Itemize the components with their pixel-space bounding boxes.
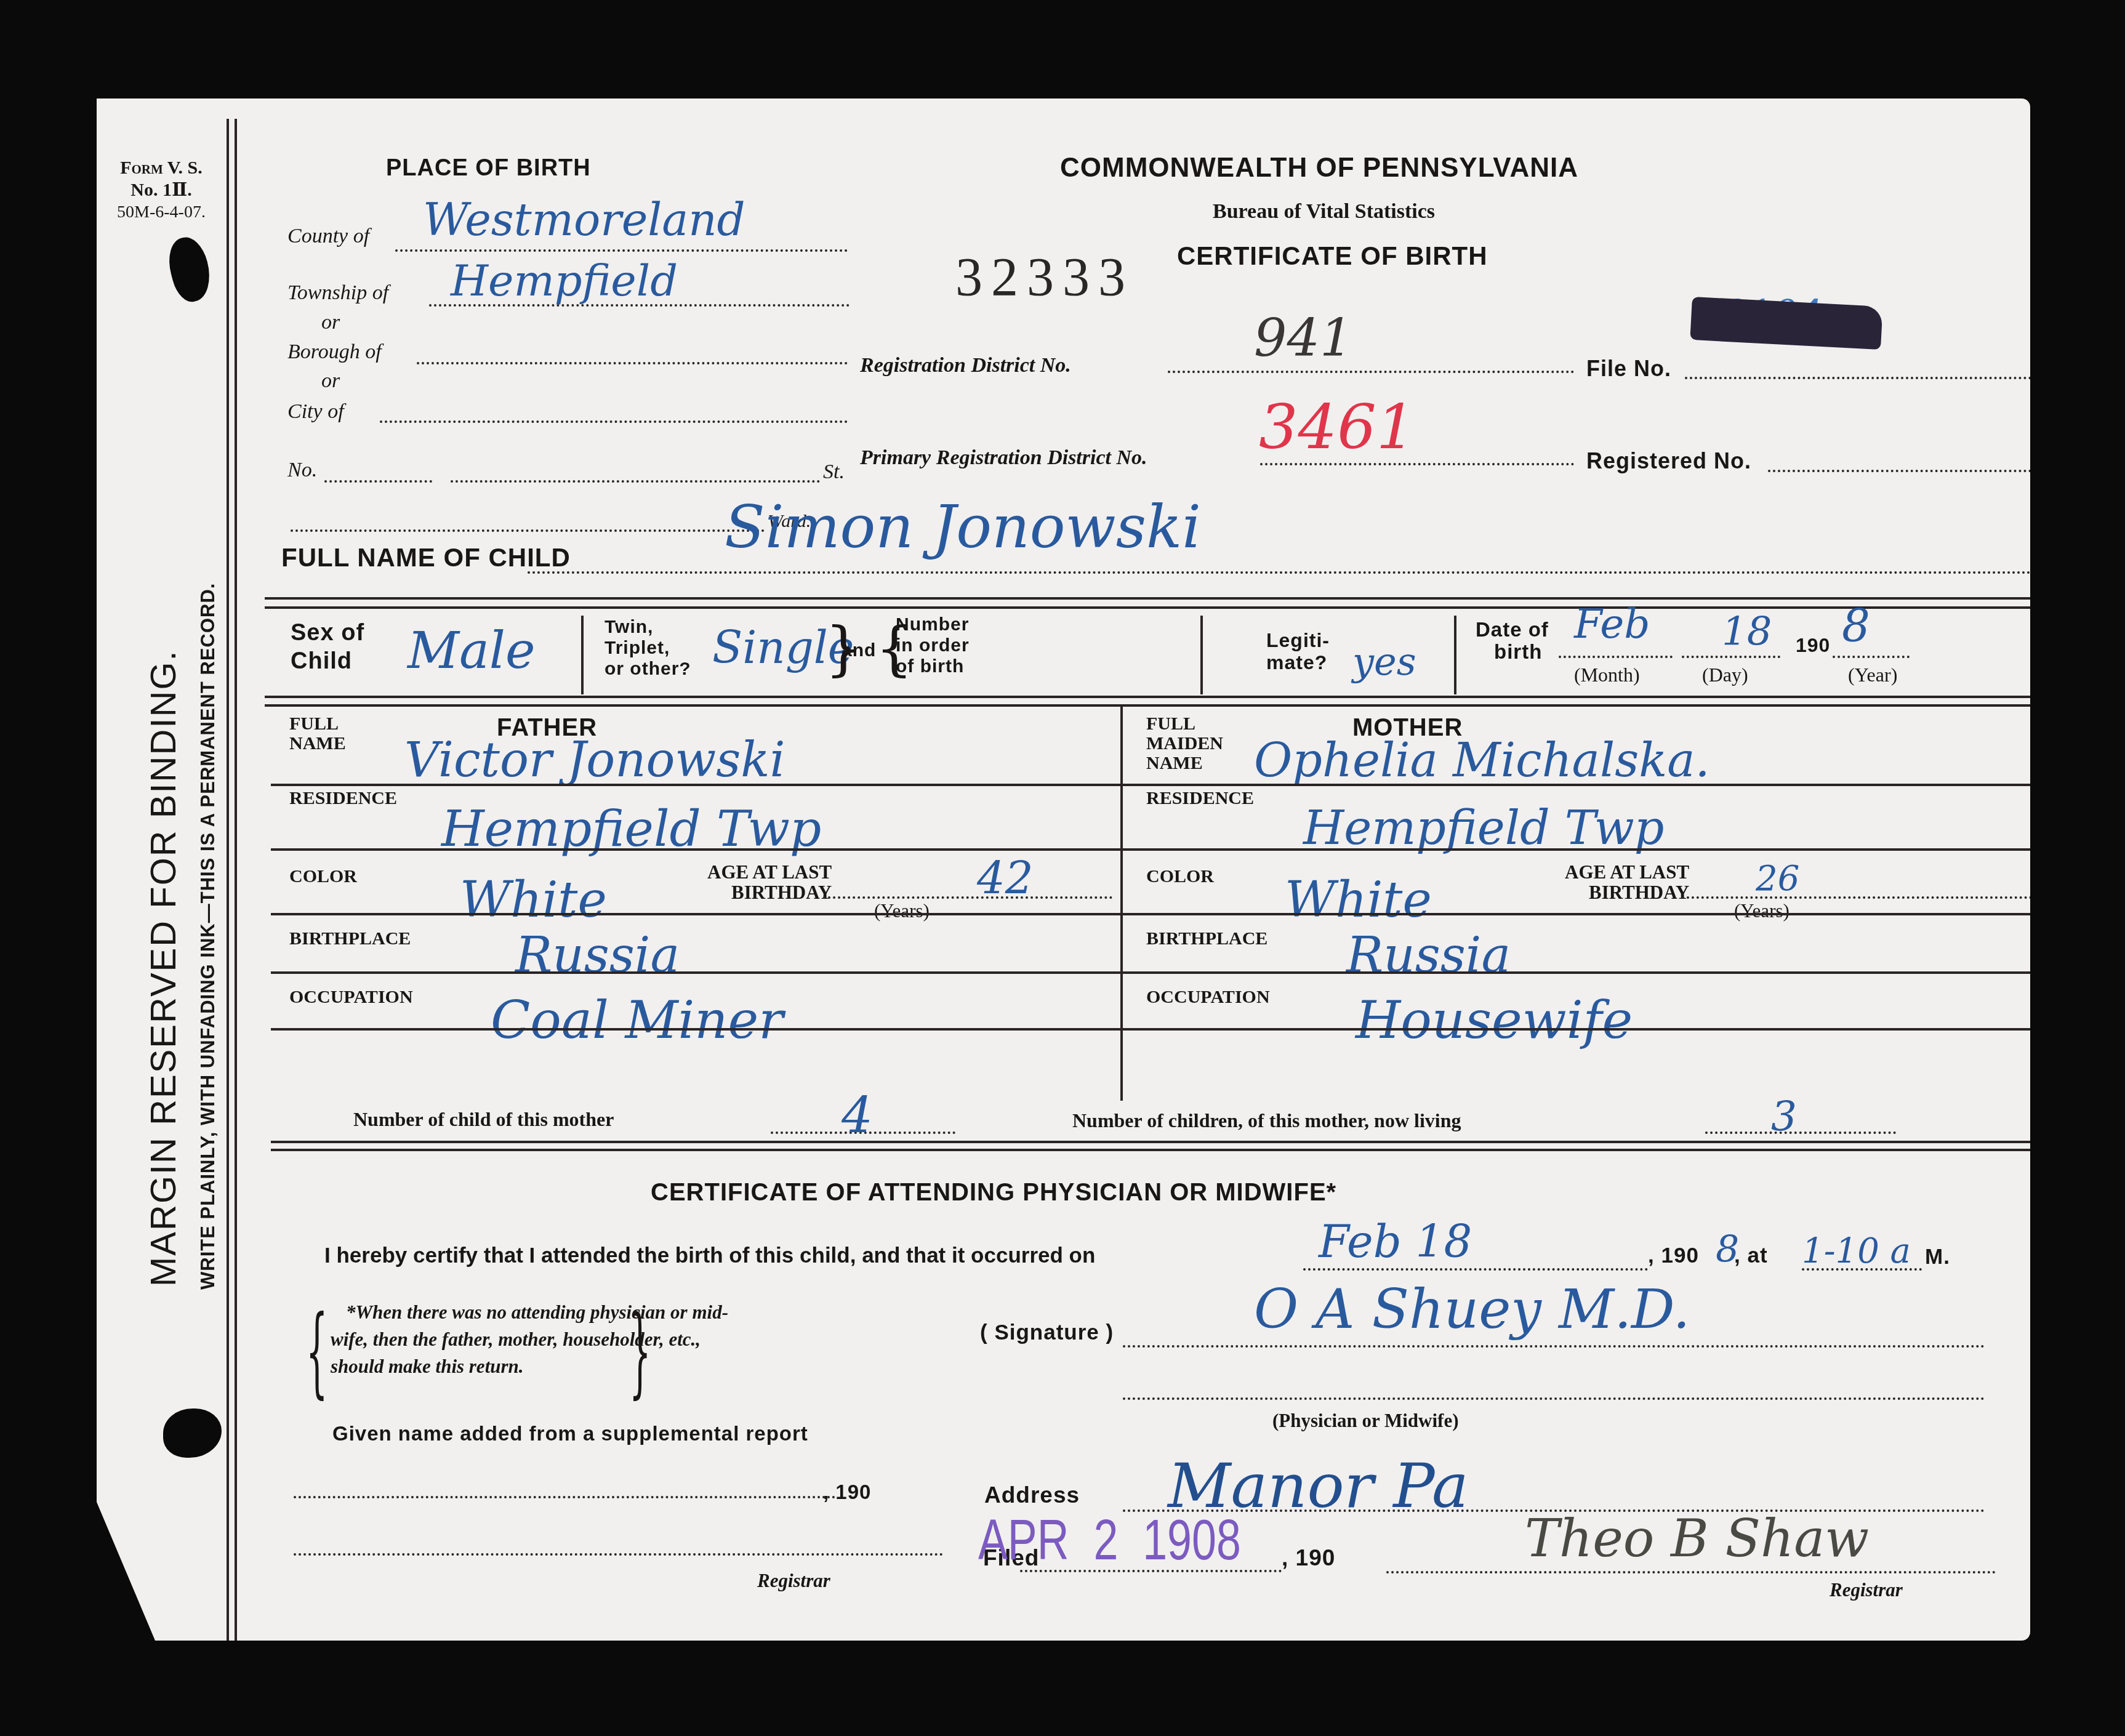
- signature-label: ( Signature ): [980, 1320, 1114, 1345]
- legitimate-label: Legiti- mate?: [1266, 629, 1330, 673]
- certify-text: I hereby certify that I attended the bir…: [324, 1244, 1095, 1268]
- supplemental-registrar-field[interactable]: [294, 1553, 943, 1556]
- filed-date-stamp: APR 2 1908: [978, 1508, 1241, 1573]
- rule-father-occupation: [271, 1028, 1120, 1031]
- dob-day-field[interactable]: [1682, 656, 1780, 658]
- commonwealth-heading: COMMONWEALTH OF PENNSYLVANIA: [1060, 153, 1578, 183]
- file-no-field[interactable]: [1685, 377, 2076, 379]
- dob-label: Date of birth: [1476, 619, 1549, 663]
- twin-label-line1: Twin,: [605, 617, 691, 638]
- physician-role-caption: (Physician or Midwife): [1272, 1410, 1459, 1432]
- file-no-label: File No.: [1586, 356, 1671, 382]
- supplemental-year-prefix: , 190: [823, 1481, 871, 1504]
- margin-rule-inner: [235, 119, 237, 1641]
- registration-district-field[interactable]: [1168, 371, 1574, 373]
- street-name-field[interactable]: [451, 480, 820, 483]
- rule-parents-top-2: [265, 704, 2078, 707]
- footnote-line2: wife, then the father, mother, household…: [331, 1326, 728, 1353]
- bureau-heading: Bureau of Vital Statistics: [1213, 200, 1435, 223]
- father-name-label-line2: NAME: [289, 734, 346, 753]
- father-color-value: White: [460, 871, 607, 928]
- borough-field[interactable]: [417, 362, 848, 364]
- occurred-date-field[interactable]: [1303, 1268, 1648, 1271]
- living-value: 3: [1771, 1093, 1797, 1140]
- certificate-heading: CERTIFICATE OF BIRTH: [1177, 241, 1488, 271]
- registration-district-value: 941: [1254, 308, 1352, 368]
- mother-color-value: White: [1285, 871, 1432, 928]
- registered-no-field[interactable]: [1768, 470, 2076, 472]
- rule-physician-top-2: [271, 1149, 2078, 1151]
- living-label: Number of children, of this mother, now …: [1072, 1109, 1461, 1132]
- birth-order-line3: of birth: [896, 656, 970, 677]
- township-value: Hempfield: [451, 255, 678, 306]
- mother-name-value: Ophelia Michalska.: [1254, 733, 1710, 787]
- birth-order-line2: in order: [896, 635, 970, 656]
- father-name-label-line1: FULL: [289, 714, 346, 734]
- child-name-label: FULL NAME OF CHILD: [281, 543, 571, 573]
- primary-district-value: 3461: [1259, 391, 1416, 463]
- primary-district-label: Primary Registration District No.: [860, 446, 1147, 470]
- registrar-signature: Theo B Shaw: [1525, 1508, 1869, 1569]
- father-residence-label: RESIDENCE: [289, 788, 397, 809]
- filed-year-prefix: , 190: [1282, 1545, 1335, 1571]
- father-age-value: 42: [977, 853, 1034, 904]
- mother-birthplace-label: BIRTHPLACE: [1146, 928, 1267, 949]
- rule-mother-occupation: [1123, 1028, 2071, 1031]
- rule-physician-top-1: [271, 1141, 2078, 1143]
- city-field[interactable]: [380, 420, 848, 423]
- footnote-line3: should make this return.: [331, 1353, 728, 1380]
- certificate-paper: Form V. S. No. 1Ⅱ. 50M-6-4-07. MARGIN RE…: [97, 98, 2030, 1641]
- physician-heading: CERTIFICATE OF ATTENDING PHYSICIAN OR MI…: [651, 1179, 1336, 1207]
- form-id: Form V. S. No. 1Ⅱ. 50M-6-4-07.: [97, 157, 226, 223]
- rule-mother-color: [1123, 913, 2071, 915]
- mother-age-field[interactable]: [1682, 896, 2067, 899]
- birth-order-label: Number in order of birth: [896, 614, 970, 677]
- time-value: 1-10 a: [1802, 1231, 1911, 1271]
- county-value: Westmoreland: [423, 194, 745, 246]
- rule-father-residence: [271, 848, 1120, 851]
- father-birthplace-value: Russia: [515, 926, 680, 984]
- legitimate-value: yes: [1352, 639, 1416, 684]
- mother-age-label-line1: AGE AT LAST: [1565, 862, 1689, 882]
- ward-field[interactable]: [291, 529, 765, 532]
- rule-father-name: [271, 784, 1120, 786]
- mother-residence-value: Hempfield Twp: [1303, 800, 1664, 855]
- father-occupation-label: OCCUPATION: [289, 987, 413, 1008]
- rule-mother-residence: [1123, 848, 2071, 851]
- signature-value: O A Shuey M.D.: [1254, 1277, 1690, 1341]
- divider-legitimate: [1454, 616, 1456, 694]
- occurred-year-prefix: , 190: [1648, 1244, 1699, 1268]
- sex-label-line1: Sex of: [291, 619, 364, 647]
- sex-label-line2: Child: [291, 647, 364, 675]
- supplemental-label: Given name added from a supplemental rep…: [332, 1422, 808, 1445]
- child-number-label: Number of child of this mother: [353, 1108, 614, 1131]
- mother-color-label: COLOR: [1146, 866, 1214, 887]
- father-age-label-line1: AGE AT LAST: [707, 862, 832, 882]
- child-number-value: 4: [842, 1087, 873, 1144]
- signature-line-2: [1123, 1397, 1985, 1400]
- address-label: Address: [984, 1482, 1080, 1508]
- mother-name-label-line3: NAME: [1146, 753, 1223, 773]
- legitimate-label-line1: Legiti-: [1266, 629, 1330, 651]
- sex-label: Sex of Child: [291, 619, 364, 675]
- dob-label-line1: Date of: [1476, 619, 1549, 641]
- mother-age-label: AGE AT LAST BIRTHDAY: [1565, 862, 1689, 902]
- street-number-label: No.: [287, 459, 317, 482]
- father-color-label: COLOR: [289, 866, 357, 887]
- twin-label-line2: Triplet,: [605, 638, 691, 659]
- day-caption: (Day): [1702, 664, 1748, 686]
- and-label: and: [842, 640, 876, 661]
- county-field[interactable]: [395, 249, 848, 252]
- rule-father-birthplace: [271, 971, 1120, 974]
- rule-child-top-1: [265, 597, 2078, 600]
- punch-hole-bottom: [163, 1408, 222, 1458]
- rule-mother-name: [1123, 784, 2071, 786]
- occurred-date-value: Feb 18: [1319, 1216, 1472, 1268]
- registrar-signature-field[interactable]: [1386, 1571, 1996, 1573]
- child-name-field[interactable]: [528, 571, 2076, 574]
- mother-age-caption: (Years): [1734, 900, 1790, 922]
- city-label: City of: [287, 400, 344, 424]
- mother-name-label-line2: MAIDEN: [1146, 734, 1223, 753]
- dob-month-value: Feb: [1574, 600, 1650, 648]
- footnote: *When there was no attending physician o…: [331, 1299, 728, 1380]
- father-age-label-line2: BIRTHDAY: [707, 882, 832, 902]
- margin-rule-outer: [227, 119, 229, 1641]
- township-label: Township of: [287, 281, 388, 305]
- year-caption: (Year): [1848, 664, 1897, 686]
- redaction-bar: [1690, 297, 1882, 350]
- father-name-label: FULL NAME: [289, 714, 346, 753]
- father-birthplace-label: BIRTHPLACE: [289, 928, 411, 949]
- dob-year-value: 8: [1842, 600, 1870, 652]
- legitimate-label-line2: mate?: [1266, 651, 1330, 673]
- mother-age-label-line2: BIRTHDAY: [1565, 882, 1689, 902]
- mother-birthplace-value: Russia: [1346, 926, 1511, 984]
- dob-label-line2: birth: [1476, 641, 1549, 663]
- punch-hole-top: [163, 233, 216, 305]
- divider-birth-order: [1200, 616, 1203, 694]
- or-label-1: or: [321, 311, 340, 334]
- place-of-birth-heading: PLACE OF BIRTH: [386, 155, 591, 182]
- form-id-line3: 50M-6-4-07.: [97, 201, 226, 223]
- living-field[interactable]: [1705, 1131, 1896, 1134]
- father-age-caption: (Years): [874, 900, 930, 922]
- father-occupation-value: Coal Miner: [491, 990, 783, 1050]
- supplemental-name-field[interactable]: [294, 1496, 835, 1498]
- primary-district-field[interactable]: [1260, 463, 1574, 465]
- mother-name-label: FULL MAIDEN NAME: [1146, 714, 1223, 773]
- meridiem-label: M.: [1925, 1245, 1950, 1269]
- dob-day-value: 18: [1722, 609, 1772, 655]
- twin-label-line3: or other?: [605, 659, 691, 680]
- at-label: , at: [1734, 1244, 1768, 1268]
- dob-year-field[interactable]: [1833, 656, 1910, 658]
- footnote-brace-left: {: [306, 1302, 328, 1400]
- mother-occupation-label: OCCUPATION: [1146, 987, 1270, 1008]
- dob-month-field[interactable]: [1559, 656, 1673, 658]
- margin-ink-text: WRITE PLAINLY, WITH UNFADING INK—THIS IS…: [197, 583, 219, 1290]
- registration-district-label: Registration District No.: [860, 354, 1071, 377]
- rule-child-top-2: [265, 606, 2078, 609]
- twin-label: Twin, Triplet, or other?: [605, 617, 691, 680]
- divider-parents: [1120, 707, 1123, 1101]
- month-caption: (Month): [1574, 664, 1640, 686]
- rule-mother-birthplace: [1123, 971, 2071, 974]
- rule-parents-top-1: [265, 696, 2078, 698]
- rule-father-color: [271, 913, 1120, 915]
- father-name-value: Victor Jonowski: [404, 733, 785, 788]
- mother-occupation-value: Housewife: [1356, 990, 1633, 1050]
- registrar-caption: Registrar: [1830, 1579, 1903, 1601]
- mother-name-label-line1: FULL: [1146, 714, 1223, 734]
- father-age-field[interactable]: [823, 896, 1112, 899]
- borough-label: Borough of: [287, 340, 382, 364]
- registered-no-label: Registered No.: [1586, 448, 1751, 474]
- child-name-value: Simon Jonowski: [725, 492, 1201, 561]
- supplemental-registrar-caption: Registrar: [757, 1570, 830, 1592]
- county-label: County of: [287, 225, 369, 248]
- street-number-field[interactable]: [324, 480, 432, 483]
- street-label: St.: [823, 460, 845, 484]
- margin-binding-text: MARGIN RESERVED FOR BINDING.: [143, 649, 184, 1287]
- father-age-label: AGE AT LAST BIRTHDAY: [707, 862, 832, 902]
- sex-value: Male: [408, 622, 536, 680]
- mother-age-value: 26: [1756, 859, 1799, 899]
- form-id-line2: No. 1Ⅱ.: [97, 179, 226, 201]
- form-id-line1: Form V. S.: [97, 157, 226, 179]
- dob-year-prefix: 190: [1796, 634, 1830, 657]
- divider-sex: [581, 616, 584, 694]
- footnote-line1: *When there was no attending physician o…: [331, 1299, 728, 1326]
- mother-residence-label: RESIDENCE: [1146, 788, 1254, 809]
- signature-field[interactable]: [1123, 1345, 1985, 1348]
- serial-number: 32333: [955, 246, 1134, 308]
- or-label-2: or: [321, 369, 340, 393]
- birth-order-line1: Number: [896, 614, 970, 635]
- footnote-brace-right: }: [629, 1302, 651, 1400]
